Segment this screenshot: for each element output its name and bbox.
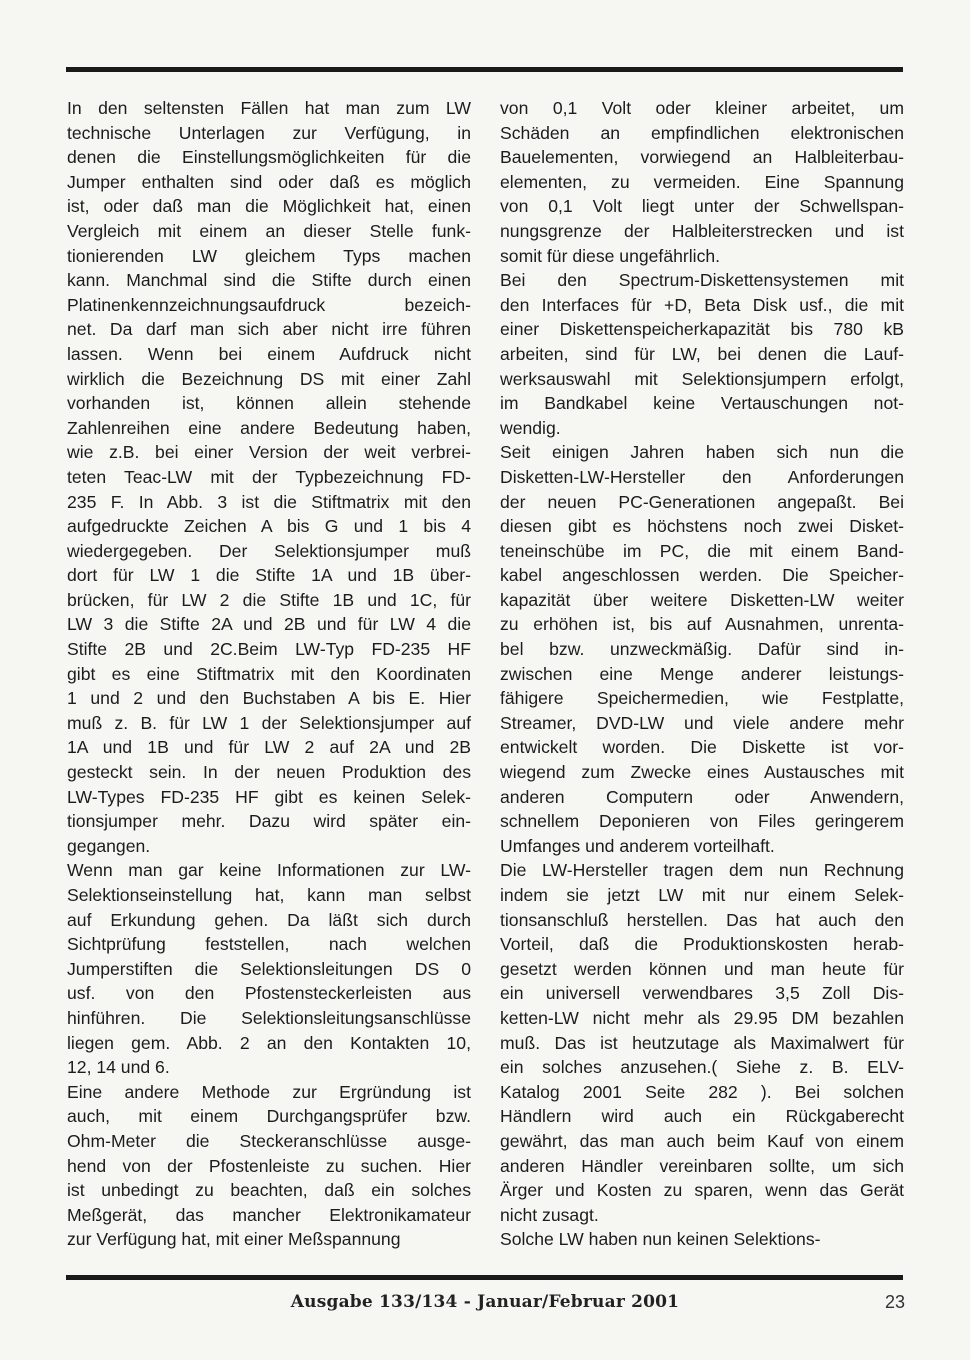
text-line: fähigere Speichermedien, wie Festplatte, [500,686,904,711]
text-line: Jumperstiften die Selektionsleitungen DS… [67,957,471,982]
text-line: gewährt, das man auch beim Kauf von eine… [500,1129,904,1154]
paragraph: von 0,1 Volt oder kleiner arbeitet, umSc… [500,96,904,268]
text-line: Meßgerät, das mancher Elektronikamateur [67,1203,471,1228]
text-line: Selektionseinstellung hat, kann man selb… [67,883,471,908]
text-line: wie z.B. bei einer Version der weit verb… [67,440,471,465]
text-line: elementen, zu vermeiden. Eine Spannung [500,170,904,195]
text-line: zu erhöhen ist, bis auf Ausnahmen, unren… [500,612,904,637]
text-line: zwischen eine Menge anderer leistungs- [500,662,904,687]
text-line: Ohm-Meter die Steckeranschlüsse ausge- [67,1129,471,1154]
text-line: kann. Manchmal sind die Stifte durch ein… [67,268,471,293]
left-column: In den seltensten Fällen hat man zum LWt… [67,96,471,1252]
text-line: tionsanschluß herstellen. Das hat auch d… [500,908,904,933]
text-line: muß z. B. für LW 1 der Selektionsjumper … [67,711,471,736]
text-line: bel bzw. unzweckmäßig. Dafür sind in- [500,637,904,662]
page-number: 23 [870,1292,905,1313]
text-line: Streamer, DVD-LW und viele andere mehr [500,711,904,736]
text-line: Zahlenreihen eine andere Bedeutung haben… [67,416,471,441]
text-line: wiegend zum Zwecke eines Austausches mit [500,760,904,785]
text-line: technische Unterlagen zur Verfügung, in [67,121,471,146]
text-line: wiedergegeben. Der Selektionsjumper muß [67,539,471,564]
paragraph: Eine andere Methode zur Ergründung istau… [67,1080,471,1252]
text-line: Umfanges und anderem vorteilhaft. [500,834,904,859]
text-line: entwickelt worden. Die Diskette ist vor- [500,735,904,760]
text-line: von 0,1 Volt liegt unter der Schwellspan… [500,194,904,219]
text-line: Die LW-Hersteller tragen dem nun Rechnun… [500,858,904,883]
text-line: auf Erkundung gehen. Da läßt sich durch [67,908,471,933]
text-line: teneinschübe im PC, die mit einem Band- [500,539,904,564]
text-line: anderen Computern oder Anwendern, [500,785,904,810]
text-line: aufgedruckte Zeichen A bis G und 1 bis 4 [67,514,471,539]
text-line: 1 und 2 und den Buchstaben A bis E. Hier [67,686,471,711]
text-line: Bei den Spectrum-Diskettensystemen mit [500,268,904,293]
text-line: 235 F. In Abb. 3 ist die Stiftmatrix mit… [67,490,471,515]
text-line: den Interfaces für +D, Beta Disk usf., d… [500,293,904,318]
paragraph: Seit einigen Jahren haben sich nun dieDi… [500,440,904,858]
text-line: werksauswahl mit Selektionsjumpern erfol… [500,367,904,392]
text-line: 1A und 1B und für LW 2 auf 2A und 2B [67,735,471,760]
text-line: Ärger und Kosten zu sparen, wenn das Ger… [500,1178,904,1203]
text-line: ketten-LW nicht mehr als 29.95 DM bezahl… [500,1006,904,1031]
text-line: ist, oder daß man die Möglichkeit hat, e… [67,194,471,219]
text-line: ist unbedingt zu beachten, daß ein solch… [67,1178,471,1203]
text-line: usf. von den Pfostensteckerleisten aus [67,981,471,1006]
bottom-rule [66,1275,903,1280]
text-line: lassen. Wenn bei einem Aufdruck nicht [67,342,471,367]
text-line: gesetzt werden können und man heute für [500,957,904,982]
text-line: Platinenkennzeichnungsaufdruck bezeich- [67,293,471,318]
text-line: gibt es eine Stiftmatrix mit den Koordin… [67,662,471,687]
text-line: tionierenden LW gleichem Typs machen [67,244,471,269]
text-line: 12, 14 und 6. [67,1055,471,1080]
text-line: Wenn man gar keine Informationen zur LW- [67,858,471,883]
text-line: denen die Einstellungsmöglichkeiten für … [67,145,471,170]
text-line: LW-Types FD-235 HF gibt es keinen Selek- [67,785,471,810]
text-line: im Bandkabel keine Vertauschungen not- [500,391,904,416]
text-line: auch, mit einem Durchgangsprüfer bzw. [67,1104,471,1129]
right-column: von 0,1 Volt oder kleiner arbeitet, umSc… [500,96,904,1252]
text-line: wirklich die Bezeichnung DS mit einer Za… [67,367,471,392]
text-line: Schäden an empfindlichen elektronischen [500,121,904,146]
text-line: Stifte 2B und 2C.Beim LW-Typ FD-235 HF [67,637,471,662]
text-line: dort für LW 1 die Stifte 1A und 1B über- [67,563,471,588]
text-line: arbeiten, sind für LW, bei denen die Lau… [500,342,904,367]
text-line: tionsjumper mehr. Dazu wird später ein- [67,809,471,834]
text-line: einer Diskettenspeicherkapazität bis 780… [500,317,904,342]
paragraph: Solche LW haben nun keinen Selektions- [500,1227,904,1252]
text-line: muß. Das ist heutzutage als Maximalwert … [500,1031,904,1056]
text-line: gegangen. [67,834,471,859]
text-line: kapazität über weitere Disketten-LW weit… [500,588,904,613]
text-line: gesteckt sein. In der neuen Produktion d… [67,760,471,785]
text-line: Vergleich mit einem an dieser Stelle fun… [67,219,471,244]
text-line: teten Teac-LW mit der Typbezeichnung FD- [67,465,471,490]
text-line: brücken, für LW 2 die Stifte 1B und 1C, … [67,588,471,613]
text-line: Seit einigen Jahren haben sich nun die [500,440,904,465]
paragraph: Bei den Spectrum-Diskettensystemen mitde… [500,268,904,440]
text-line: kabel angeschlossen werden. Die Speicher… [500,563,904,588]
paragraph: Die LW-Hersteller tragen dem nun Rechnun… [500,858,904,1227]
text-line: indem sie jetzt LW mit nur einem Selek- [500,883,904,908]
text-line: zur Verfügung hat, mit einer Meßspannung [67,1227,471,1252]
text-line: Disketten-LW-Hersteller den Anforderunge… [500,465,904,490]
text-line: Händlern wird auch ein Rückgaberecht [500,1104,904,1129]
text-line: LW 3 die Stifte 2A und 2B und für LW 4 d… [67,612,471,637]
text-line: In den seltensten Fällen hat man zum LW [67,96,471,121]
text-line: anderen Händler vereinbaren sollte, um s… [500,1154,904,1179]
text-line: Solche LW haben nun keinen Selektions- [500,1227,904,1252]
text-line: Katalog 2001 Seite 282 ). Bei solchen [500,1080,904,1105]
text-line: hinführen. Die Selektionsleitungsanschlü… [67,1006,471,1031]
text-line: nungsgrenze der Halbleiterstrecken und i… [500,219,904,244]
issue-footer: Ausgabe 133/134 - Januar/Februar 2001 [0,1292,970,1312]
text-line: der neuen PC-Generationen angepaßt. Bei [500,490,904,515]
text-line: hend von der Pfostenleiste zu suchen. Hi… [67,1154,471,1179]
text-line: Bauelementen, vorwiegend an Halbleiterba… [500,145,904,170]
text-line: wendig. [500,416,904,441]
text-line: Eine andere Methode zur Ergründung ist [67,1080,471,1105]
paragraph: Wenn man gar keine Informationen zur LW-… [67,858,471,1079]
text-line: schnellem Deponieren von Files geringere… [500,809,904,834]
text-line: net. Da darf man sich aber nicht irre fü… [67,317,471,342]
text-line: Vorteil, daß die Produktionskosten herab… [500,932,904,957]
text-line: ein solches anzusehen.( Siehe z. B. ELV- [500,1055,904,1080]
text-line: nicht zusagt. [500,1203,904,1228]
text-line: vorhanden ist, können allein stehende [67,391,471,416]
top-rule [66,67,903,72]
paragraph: In den seltensten Fällen hat man zum LWt… [67,96,471,858]
text-line: Sichtprüfung feststellen, nach welchen [67,932,471,957]
text-line: von 0,1 Volt oder kleiner arbeitet, um [500,96,904,121]
text-line: liegen gem. Abb. 2 an den Kontakten 10, [67,1031,471,1056]
text-line: somit für diese ungefährlich. [500,244,904,269]
text-line: diesen gibt es höchstens noch zwei Diske… [500,514,904,539]
text-line: ein universell verwendbares 3,5 Zoll Dis… [500,981,904,1006]
text-line: Jumper enthalten sind oder daß es möglic… [67,170,471,195]
